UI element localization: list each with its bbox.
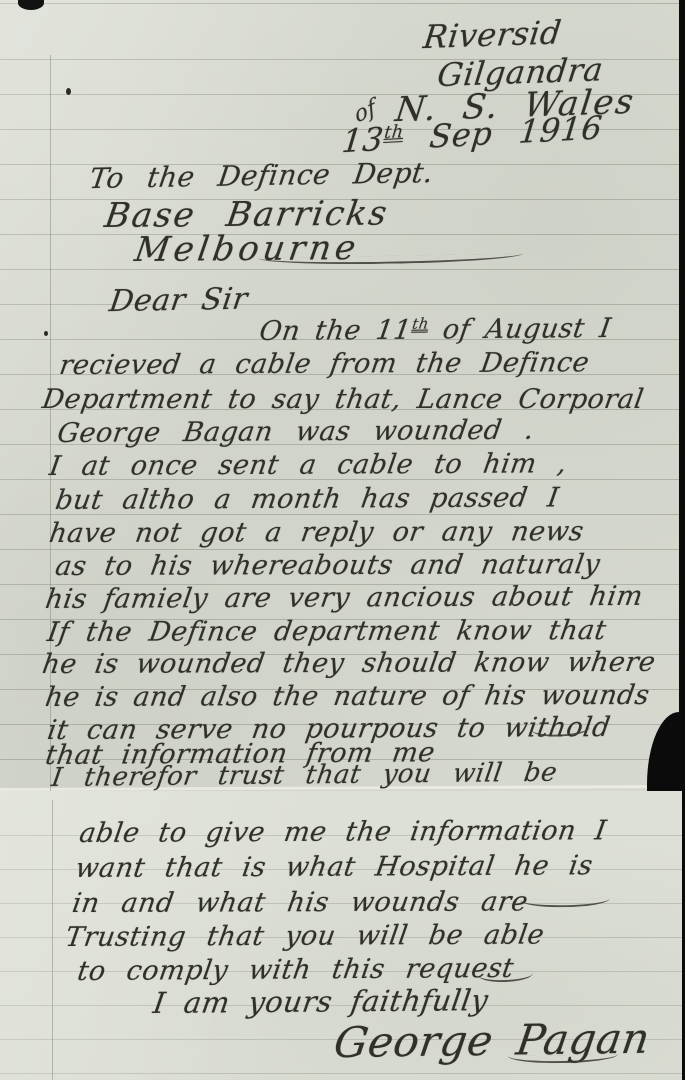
body-line: Trusting that you will be able [63, 919, 546, 953]
body-line: want that is what Hospital he is [73, 850, 595, 884]
ink-speck [44, 331, 48, 336]
body-line: but altho a month has passed I [53, 482, 561, 516]
body-line: Department to say that, Lance Corporal [40, 384, 646, 415]
body-line: to comply with this request [75, 953, 516, 987]
body-line: able to give me the information I [77, 815, 608, 849]
body-line: he is wounded they should know where [40, 647, 658, 680]
ink-speck [66, 88, 71, 95]
header-place-line1: Riversid [421, 13, 563, 56]
body-line: If the Defince department know that [45, 615, 608, 648]
ruled-margin-line [52, 800, 53, 1080]
date-day: 13 [340, 120, 386, 160]
date-suffix: th [383, 122, 404, 143]
body-line: On the 11th of August I [257, 313, 613, 347]
address-line1: To the Defince Dept. [87, 156, 435, 195]
body-line: he is and also the nature of his wounds [43, 680, 652, 713]
body-line: I at once sent a cable to him , [47, 448, 569, 482]
body-line: in and what his wounds are [70, 886, 530, 919]
body-line: have not got a reply or any news [47, 516, 586, 549]
ruled-margin-line [50, 55, 51, 791]
body-line: I therefor trust that you will be [50, 758, 560, 793]
body-line: recieved a cable from the Defince [57, 347, 591, 381]
salutation: Dear Sir [107, 282, 250, 320]
body-line: his famiely are very ancious about him [43, 581, 645, 615]
closing-line: I am yours faithfully [151, 983, 491, 1020]
body-line: George Bagan was wounded . [55, 415, 536, 449]
body-line: as to his whereabouts and naturaly [53, 549, 602, 582]
scanned-letter-page: Riversid Gilgandra of N. S. Wales 13th S… [0, 0, 685, 1080]
